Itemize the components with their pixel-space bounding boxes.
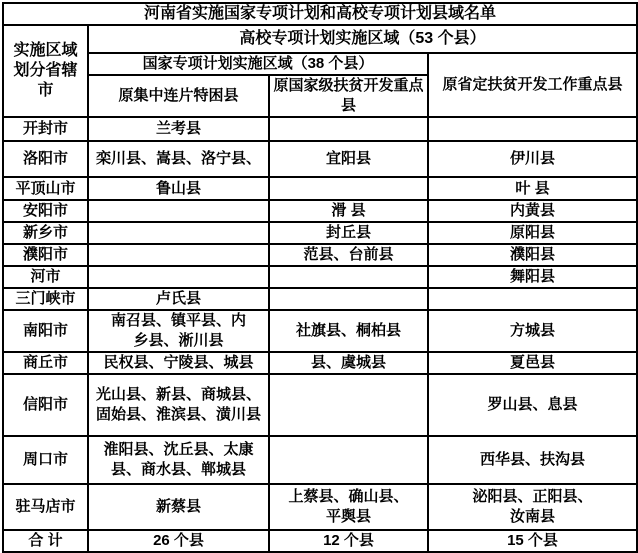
shengding-county-cell: 西华县、扶沟县 [428,436,637,484]
cell-text: 三门峡市 [6,289,85,309]
guojiaji-county-cell [269,266,428,288]
city-cell: 洛阳市 [3,141,88,177]
table-row: 濮阳市范县、台前县濮阳县 [3,244,637,266]
cell-text: 河市 [6,267,85,287]
table-row: 新乡市封丘县原阳县 [3,222,637,244]
shengding-county-cell [428,288,637,310]
title-row: 河南省实施国家专项计划和高校专项计划县域名单 [3,3,637,25]
guojiaji-county-cell [269,288,428,310]
shengding-column-header: 原省定扶贫开发工作重点县 [428,53,637,117]
table-row: 平顶山市鲁山县叶 县 [3,177,637,200]
cell-text: 原阳县 [431,223,634,243]
guojia-plan-header: 国家专项计划实施区域（38 个县） [88,53,428,75]
pianqu-county-cell: 26 个县 [88,530,269,552]
pianqu-county-cell [88,244,269,266]
table-header: 河南省实施国家专项计划和高校专项计划县域名单 实施区域划分省辖市 高校专项计划实… [3,3,637,117]
city-cell: 濮阳市 [3,244,88,266]
cell-text: 驻马店市 [6,497,85,517]
pianqu-county-cell: 新蔡县 [88,484,269,530]
shengding-county-cell: 濮阳县 [428,244,637,266]
cell-text: 内黄县 [431,201,634,221]
guojiaji-county-cell: 社旗县、桐柏县 [269,310,428,352]
shengding-county-cell: 内黄县 [428,200,637,222]
pianqu-county-cell: 南召县、镇平县、内乡县、淅川县 [88,310,269,352]
guojiaji-county-cell: 县、虞城县 [269,352,428,374]
cell-text: 周口市 [6,450,85,470]
cell-text: 方城县 [431,321,634,341]
table-row: 驻马店市新蔡县上蔡县、确山县、平舆县泌阳县、正阳县、汝南县 [3,484,637,530]
pianqu-county-cell [88,200,269,222]
table-row: 开封市兰考县 [3,117,637,141]
pianqu-county-cell: 民权县、宁陵县、城县 [88,352,269,374]
pianqu-county-cell: 兰考县 [88,117,269,141]
shengding-county-cell: 伊川县 [428,141,637,177]
guojiaji-county-cell: 封丘县 [269,222,428,244]
guojiaji-county-cell: 范县、台前县 [269,244,428,266]
table-row: 三门峡市卢氏县 [3,288,637,310]
cell-text: 平顶山市 [6,179,85,199]
city-cell: 商丘市 [3,352,88,374]
cell-text: 12 个县 [272,531,425,551]
cell-text: 新蔡县 [91,497,266,517]
header-row-gaoxiao: 实施区域划分省辖市 高校专项计划实施区域（53 个县） [3,25,637,53]
table-row: 安阳市滑 县内黄县 [3,200,637,222]
table-row: 合 计26 个县12 个县15 个县 [3,530,637,552]
region-column-header: 实施区域划分省辖市 [3,25,88,117]
cell-text: 民权县、宁陵县、城县 [91,353,266,373]
cell-text: 舞阳县 [431,267,634,287]
cell-text: 商丘市 [6,353,85,373]
shengding-county-cell: 夏邑县 [428,352,637,374]
guojiaji-county-cell [269,117,428,141]
cell-text: 上蔡县、确山县、平舆县 [283,487,415,527]
city-cell: 驻马店市 [3,484,88,530]
cell-text: 西华县、扶沟县 [431,450,634,470]
pianqu-county-cell: 鲁山县 [88,177,269,200]
city-cell: 周口市 [3,436,88,484]
table-body: 开封市兰考县洛阳市栾川县、嵩县、洛宁县、宜阳县伊川县平顶山市鲁山县叶 县安阳市滑… [3,117,637,552]
shengding-county-cell: 15 个县 [428,530,637,552]
header-row-guojia: 国家专项计划实施区域（38 个县） 原省定扶贫开发工作重点县 [3,53,637,75]
guojiaji-county-cell: 12 个县 [269,530,428,552]
cell-text: 叶 县 [431,179,634,199]
cell-text: 合 计 [6,531,85,551]
guojiaji-column-header: 原国家级扶贫开发重点县 [269,75,428,117]
cell-text: 社旗县、桐柏县 [272,321,425,341]
cell-text: 鲁山县 [91,179,266,199]
shengding-county-cell [428,117,637,141]
table-row: 南阳市南召县、镇平县、内乡县、淅川县社旗县、桐柏县方城县 [3,310,637,352]
cell-text: 濮阳县 [431,245,634,265]
shengding-county-cell: 泌阳县、正阳县、汝南县 [428,484,637,530]
cell-text: 范县、台前县 [272,245,425,265]
table-title: 河南省实施国家专项计划和高校专项计划县域名单 [3,3,637,25]
city-cell: 合 计 [3,530,88,552]
guojiaji-county-cell: 滑 县 [269,200,428,222]
table-row: 河市舞阳县 [3,266,637,288]
guojiaji-county-cell [269,436,428,484]
cell-text: 信阳市 [6,395,85,415]
cell-text: 泌阳县、正阳县、汝南县 [467,487,599,527]
cell-text: 兰考县 [91,119,266,139]
table-row: 商丘市民权县、宁陵县、城县县、虞城县夏邑县 [3,352,637,374]
pianqu-county-cell [88,266,269,288]
cell-text: 夏邑县 [431,353,634,373]
city-cell: 河市 [3,266,88,288]
cell-text: 南阳市 [6,321,85,341]
cell-text: 安阳市 [6,201,85,221]
cell-text: 洛阳市 [6,149,85,169]
cell-text: 新乡市 [6,223,85,243]
city-cell: 安阳市 [3,200,88,222]
county-table: 河南省实施国家专项计划和高校专项计划县域名单 实施区域划分省辖市 高校专项计划实… [2,2,638,553]
cell-text: 南召县、镇平县、内乡县、淅川县 [109,311,249,351]
cell-text: 封丘县 [272,223,425,243]
cell-text: 26 个县 [91,531,266,551]
pianqu-county-cell: 淮阳县、沈丘县、太康县、商水县、郸城县 [88,436,269,484]
table-row: 周口市淮阳县、沈丘县、太康县、商水县、郸城县西华县、扶沟县 [3,436,637,484]
city-cell: 新乡市 [3,222,88,244]
table-row: 洛阳市栾川县、嵩县、洛宁县、宜阳县伊川县 [3,141,637,177]
cell-text: 宜阳县 [272,149,425,169]
shengding-county-cell: 叶 县 [428,177,637,200]
table-row: 信阳市光山县、新县、商城县、固始县、淮滨县、潢川县罗山县、息县 [3,374,637,436]
cell-text: 淮阳县、沈丘县、太康县、商水县、郸城县 [91,440,266,480]
pianqu-county-cell: 卢氏县 [88,288,269,310]
shengding-county-cell: 方城县 [428,310,637,352]
pianqu-county-cell: 光山县、新县、商城县、固始县、淮滨县、潢川县 [88,374,269,436]
cell-text: 开封市 [6,119,85,139]
guojiaji-county-cell [269,374,428,436]
guojiaji-county-cell: 宜阳县 [269,141,428,177]
city-cell: 平顶山市 [3,177,88,200]
city-cell: 信阳市 [3,374,88,436]
city-cell: 南阳市 [3,310,88,352]
cell-text: 光山县、新县、商城县、固始县、淮滨县、潢川县 [91,385,266,425]
cell-text: 县、虞城县 [272,353,425,373]
shengding-county-cell: 原阳县 [428,222,637,244]
guojiaji-county-cell [269,177,428,200]
pianqu-column-header: 原集中连片特困县 [88,75,269,117]
cell-text: 滑 县 [272,201,425,221]
cell-text: 濮阳市 [6,245,85,265]
guojiaji-county-cell: 上蔡县、确山县、平舆县 [269,484,428,530]
shengding-county-cell: 舞阳县 [428,266,637,288]
shengding-county-cell: 罗山县、息县 [428,374,637,436]
cell-text: 伊川县 [431,149,634,169]
pianqu-county-cell [88,222,269,244]
city-cell: 三门峡市 [3,288,88,310]
cell-text: 罗山县、息县 [431,395,634,415]
cell-text: 15 个县 [431,531,634,551]
gaoxiao-plan-header: 高校专项计划实施区域（53 个县） [88,25,637,53]
cell-text: 卢氏县 [91,289,266,309]
cell-text: 栾川县、嵩县、洛宁县、 [91,149,266,169]
pianqu-county-cell: 栾川县、嵩县、洛宁县、 [88,141,269,177]
city-cell: 开封市 [3,117,88,141]
